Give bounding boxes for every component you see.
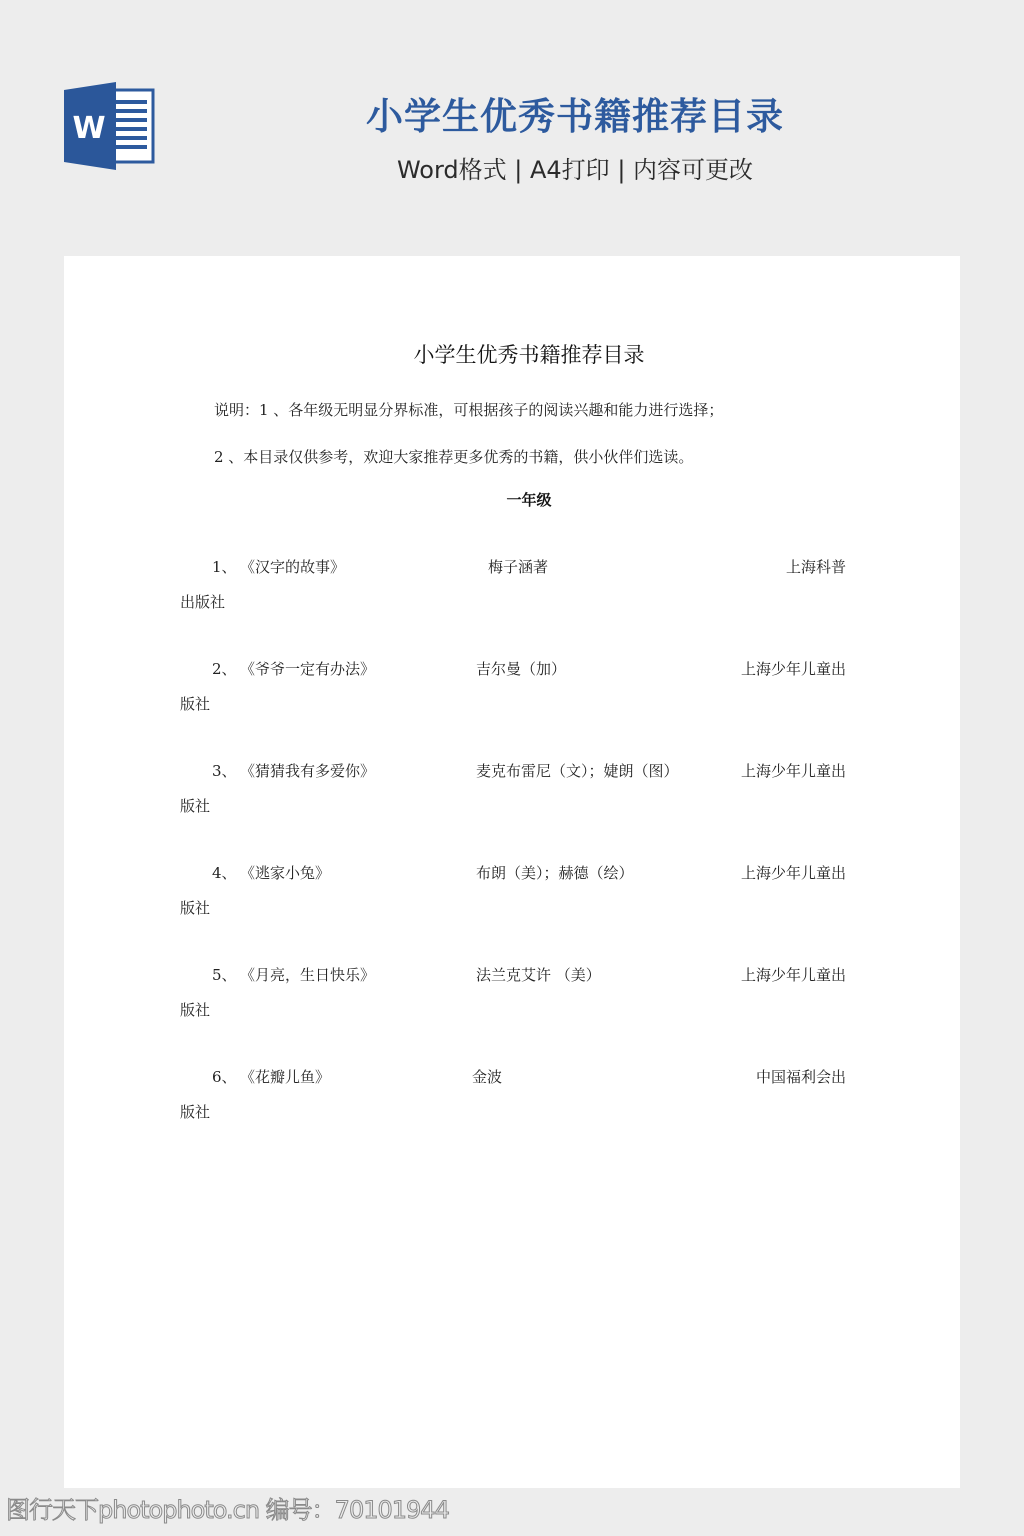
header-subtitle: Word格式 | A4打印 | 内容可更改 [320,152,830,188]
book-entry: 6、 《花瓣儿鱼》 金波 中国福利会出 版社 [64,1066,960,1136]
book-publisher: 上海少年儿童出 [741,760,846,782]
book-author: 法兰克艾许 （美） [476,964,601,986]
book-publisher: 中国福利会出 [756,1066,846,1088]
book-publisher-cont: 版社 [180,1101,210,1123]
book-number: 4、 [212,862,237,884]
book-author: 金波 [472,1066,502,1088]
grade-heading: 一年级 [64,489,994,511]
book-publisher-cont: 版社 [180,999,210,1021]
watermark-text: 图行天下photophoto.cn 编号：70101944 [6,1494,449,1526]
document-page: 小学生优秀书籍推荐目录 说明：1 、各年级无明显分界标准，可根据孩子的阅读兴趣和… [64,256,960,1488]
book-author: 梅子涵著 [488,556,548,578]
book-author: 麦克布雷尼（文）；婕朗（图） [476,760,679,782]
book-title: 《猜猜我有多爱你》 [240,760,375,782]
book-publisher-cont: 出版社 [180,591,225,613]
book-entry: 3、 《猜猜我有多爱你》 麦克布雷尼（文）；婕朗（图） 上海少年儿童出 版社 [64,760,960,830]
book-title: 《月亮，生日快乐》 [240,964,375,986]
book-publisher: 上海少年儿童出 [741,964,846,986]
book-publisher-cont: 版社 [180,897,210,919]
book-publisher: 上海少年儿童出 [741,658,846,680]
book-entry: 4、 《逃家小兔》 布朗（美）；赫德（绘） 上海少年儿童出 版社 [64,862,960,932]
svg-text:W: W [72,111,105,146]
book-number: 6、 [212,1066,237,1088]
book-publisher: 上海少年儿童出 [741,862,846,884]
book-number: 5、 [212,964,237,986]
book-author: 吉尔曼（加） [476,658,566,680]
note-line-1: 说明：1 、各年级无明显分界标准，可根据孩子的阅读兴趣和能力进行选择； [214,399,723,421]
book-number: 1、 [212,556,237,578]
book-entry: 1、 《汉字的故事》 梅子涵著 上海科普 出版社 [64,556,960,626]
book-title: 《汉字的故事》 [240,556,345,578]
book-title: 《逃家小兔》 [240,862,330,884]
book-publisher: 上海科普 [786,556,846,578]
book-number: 2、 [212,658,237,680]
book-publisher-cont: 版社 [180,693,210,715]
book-number: 3、 [212,760,237,782]
document-title: 小学生优秀书籍推荐目录 [64,340,994,370]
book-author: 布朗（美）；赫德（绘） [476,862,634,884]
word-document-icon: W [64,82,156,170]
note-line-2: 2 、本目录仅供参考，欢迎大家推荐更多优秀的书籍，供小伙伴们选读。 [214,446,693,468]
book-entry: 2、 《爷爷一定有办法》 吉尔曼（加） 上海少年儿童出 版社 [64,658,960,728]
book-title: 《花瓣儿鱼》 [240,1066,330,1088]
book-publisher-cont: 版社 [180,795,210,817]
header-title: 小学生优秀书籍推荐目录 [320,92,830,142]
book-title: 《爷爷一定有办法》 [240,658,375,680]
book-entry: 5、 《月亮，生日快乐》 法兰克艾许 （美） 上海少年儿童出 版社 [64,964,960,1034]
